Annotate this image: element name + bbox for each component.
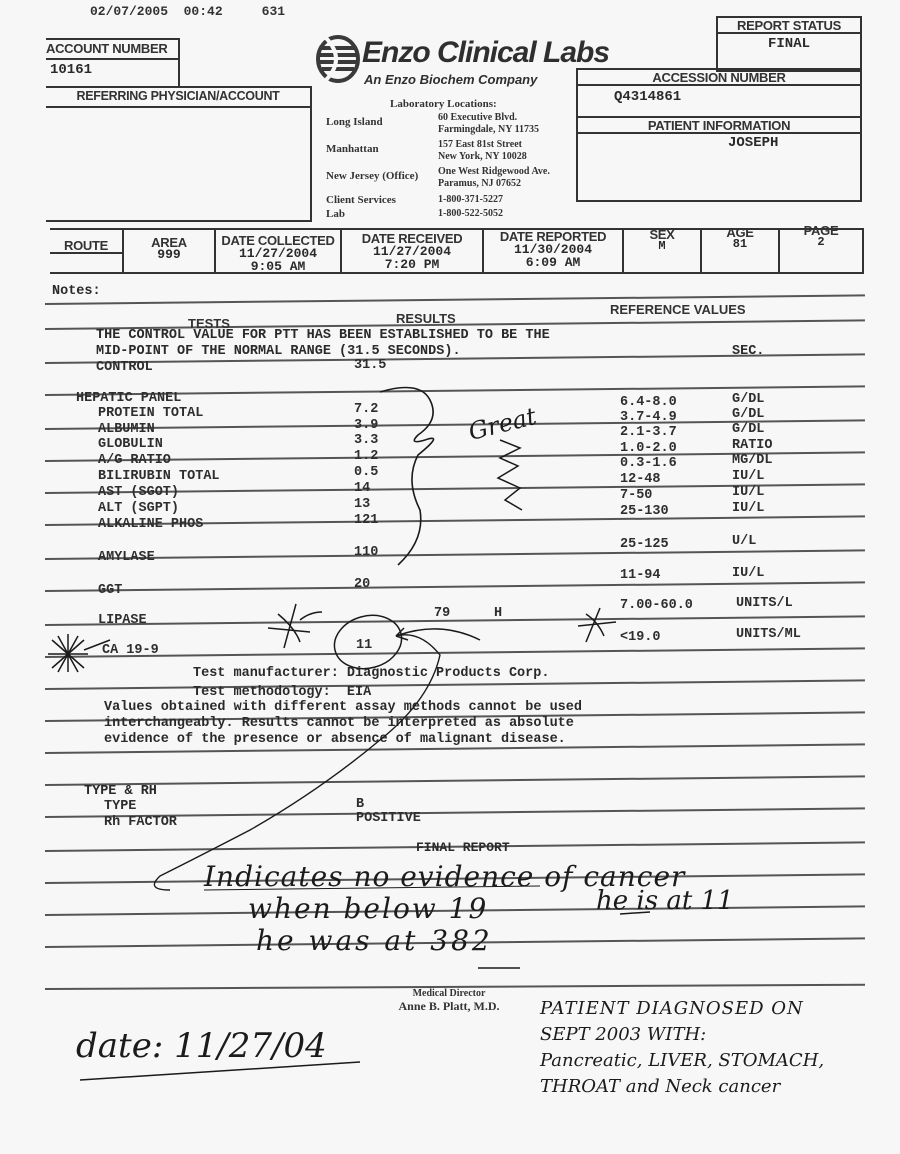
divider: [45, 647, 865, 657]
test-result: 79: [434, 606, 450, 621]
test-reference: 7-50: [620, 488, 652, 503]
zigzag-stroke-icon: [498, 440, 522, 510]
test-reference: 3.7-4.9: [620, 410, 677, 425]
fax-id: 631: [262, 4, 285, 19]
page-cell: PAGE 2: [780, 230, 862, 272]
test-unit: U/L: [732, 534, 756, 549]
handwritten-date: date: 11/27/04: [76, 1026, 327, 1066]
handwritten-note-line3: he was at 382: [256, 924, 493, 957]
test-reference: 0.3-1.6: [620, 456, 677, 471]
divider: [45, 615, 865, 625]
notes-label: Notes:: [52, 284, 101, 299]
test-name: AMYLASE: [98, 550, 155, 565]
diagnosis-line: THROAT and Neck cancer: [540, 1074, 824, 1100]
contact-phone: 1-800-522-5052: [438, 208, 503, 220]
accession-number-label: ACCESSION NUMBER: [578, 70, 860, 86]
test-name: Rh FACTOR: [104, 815, 177, 830]
location-address: 60 Executive Blvd.Farmingdale, NY 11735: [438, 112, 539, 136]
sex-value: M: [624, 241, 700, 251]
signature-name: Anne B. Platt, M.D.: [384, 999, 514, 1014]
test-result: 121: [354, 513, 378, 528]
report-status-value: FINAL: [718, 34, 860, 52]
ptt-note-line1: THE CONTROL VALUE FOR PTT HAS BEEN ESTAB…: [96, 328, 550, 343]
report-status-label: REPORT STATUS: [718, 18, 860, 34]
test-name: GGT: [98, 583, 122, 598]
test-unit: IU/L: [732, 485, 764, 500]
test-name: BILIRUBIN TOTAL: [98, 469, 220, 484]
test-result: 0.5: [354, 465, 378, 480]
ptt-note-line2: MID-POINT OF THE NORMAL RANGE (31.5 SECO…: [96, 344, 461, 359]
test-unit: MG/DL: [732, 453, 773, 468]
test-result: 3.9: [354, 418, 378, 433]
location-name: Long Island: [326, 112, 438, 136]
date-reported-time: 6:09 AM: [484, 255, 622, 271]
date-collected-time: 9:05 AM: [216, 259, 340, 275]
disclaimer-line2: interchangeably. Results cannot be inter…: [104, 716, 574, 731]
location-address: 157 East 81st StreetNew York, NY 10028: [438, 139, 527, 163]
referring-physician-box: REFERRING PHYSICIAN/ACCOUNT: [46, 86, 312, 222]
test-reference: 11-94: [620, 568, 661, 583]
test-unit: G/DL: [732, 392, 764, 407]
area-cell: AREA 999: [124, 230, 216, 272]
accession-number-value: Q4314861: [578, 86, 860, 118]
signature-block: Medical Director Anne B. Platt, M.D.: [384, 988, 514, 1014]
fax-header: 02/07/2005 00:42 631: [90, 4, 285, 19]
location-name: Manhattan: [326, 139, 438, 163]
final-report-label: FINAL REPORT: [416, 840, 510, 855]
date-received-date: 11/27/2004: [342, 246, 482, 257]
test-reference: 25-130: [620, 504, 669, 519]
type-rh-title: TYPE & RH: [84, 784, 157, 799]
age-cell: AGE 81: [702, 230, 780, 272]
test-name: PROTEIN TOTAL: [98, 406, 203, 421]
dna-helix-icon: [316, 34, 360, 84]
star-mark-icon: [578, 608, 616, 642]
test-result: POSITIVE: [356, 811, 421, 826]
location-long-island: Long Island 60 Executive Blvd.Farmingdal…: [326, 112, 576, 136]
test-name: ALT (SGPT): [98, 501, 179, 516]
page-value: 2: [780, 237, 862, 247]
test-name: ALBUMIN: [98, 422, 155, 437]
referring-physician-label: REFERRING PHYSICIAN/ACCOUNT: [46, 88, 310, 108]
date-reported-cell: DATE REPORTED 11/30/2004 6:09 AM: [484, 230, 624, 272]
diagnosis-line: PATIENT DIAGNOSED ON: [540, 996, 824, 1022]
account-number-box: ACCOUNT NUMBER 10161: [46, 38, 180, 88]
high-flag: H: [494, 606, 502, 621]
test-name: A/G RATIO: [98, 453, 171, 468]
disclaimer-line1: Values obtained with different assay met…: [104, 700, 582, 715]
column-header-reference: REFERENCE VALUES: [610, 302, 746, 317]
test-reference: 12-48: [620, 472, 661, 487]
specimen-info-table: ROUTE AREA 999 DATE COLLECTED 11/27/2004…: [50, 228, 864, 274]
date-reported-date: 11/30/2004: [484, 244, 622, 255]
test-unit: IU/L: [732, 501, 764, 516]
test-name: ALKALINE PHOS: [98, 517, 203, 532]
test-result: 3.3: [354, 433, 378, 448]
account-number-value: 10161: [46, 60, 178, 78]
lab-tagline: An Enzo Biochem Company: [364, 72, 537, 87]
test-unit: IU/L: [732, 469, 764, 484]
test-result: 11: [356, 638, 372, 653]
test-reference: 6.4-8.0: [620, 395, 677, 410]
location-address: One West Ridgewood Ave.Paramus, NJ 07652: [438, 166, 550, 190]
divider: [45, 581, 865, 591]
handwritten-great: Great: [466, 402, 540, 446]
patient-information-label: PATIENT INFORMATION: [578, 118, 860, 134]
fax-date: 02/07/2005: [90, 4, 168, 19]
location-new-jersey: New Jersey (Office) One West Ridgewood A…: [326, 166, 576, 190]
hepatic-panel-title: HEPATIC PANEL: [76, 391, 181, 406]
route-cell: ROUTE: [50, 230, 124, 272]
test-unit: UNITS/ML: [736, 627, 801, 642]
handwritten-note-line2b: he is at 11: [596, 886, 734, 916]
contact-client-services: Client Services 1-800-371-5227: [326, 194, 576, 206]
test-methodology: Test methodology: EIA: [193, 685, 371, 700]
date-received-time: 7:20 PM: [342, 257, 482, 273]
test-result: 20: [354, 577, 370, 592]
test-name: CA 19-9: [102, 643, 159, 658]
date-collected-cell: DATE COLLECTED 11/27/2004 9:05 AM: [216, 230, 342, 272]
handwritten-diagnosis: PATIENT DIAGNOSED ON SEPT 2003 WITH: Pan…: [540, 996, 824, 1100]
test-result: 1.2: [354, 449, 378, 464]
signature-title: Medical Director: [384, 988, 514, 999]
diagnosis-line: Pancreatic, LIVER, STOMACH,: [540, 1048, 824, 1074]
control-test: CONTROL: [96, 360, 153, 375]
star-mark-icon: [48, 634, 110, 672]
lab-locations: Laboratory Locations: Long Island 60 Exe…: [326, 98, 576, 220]
patient-name: JOSEPH: [578, 134, 860, 151]
age-value: 81: [702, 239, 778, 249]
test-name: LIPASE: [98, 613, 147, 628]
arrow-stroke-icon: [396, 628, 480, 640]
test-manufacturer: Test manufacturer: Diagnostic Products C…: [193, 666, 549, 681]
test-result: 14: [354, 481, 370, 496]
contact-phone: 1-800-371-5227: [438, 194, 503, 206]
test-unit: UNITS/L: [736, 596, 793, 611]
test-name: AST (SGOT): [98, 485, 179, 500]
route-label: ROUTE: [50, 238, 122, 254]
account-number-label: ACCOUNT NUMBER: [46, 40, 178, 60]
test-unit: RATIO: [732, 438, 773, 453]
accession-patient-box: ACCESSION NUMBER Q4314861 PATIENT INFORM…: [576, 68, 862, 202]
location-manhattan: Manhattan 157 East 81st StreetNew York, …: [326, 139, 576, 163]
brace-stroke-icon: [380, 388, 434, 566]
test-reference: 25-125: [620, 537, 669, 552]
report-status-box: REPORT STATUS FINAL: [716, 16, 862, 72]
locations-label: Laboratory Locations:: [326, 98, 576, 110]
test-reference: 1.0-2.0: [620, 441, 677, 456]
divider: [45, 775, 865, 785]
star-mark-icon: [268, 604, 322, 648]
handwritten-note-line2a: when below 19: [248, 892, 488, 925]
test-unit: IU/L: [732, 566, 764, 581]
test-result: B: [356, 797, 364, 812]
lab-name: Enzo Clinical Labs: [362, 36, 609, 70]
fax-time: 00:42: [184, 4, 223, 19]
test-unit: G/DL: [732, 422, 764, 437]
lab-logo: Enzo Clinical Labs An Enzo Biochem Compa…: [316, 32, 596, 92]
test-result: 13: [354, 497, 370, 512]
control-result: 31.5: [354, 358, 386, 373]
date-received-cell: DATE RECEIVED 11/27/2004 7:20 PM: [342, 230, 484, 272]
test-result: 7.2: [354, 402, 378, 417]
contact-name: Client Services: [326, 194, 438, 206]
test-unit: G/DL: [732, 407, 764, 422]
column-header-results: RESULTS: [396, 311, 456, 326]
contact-lab: Lab 1-800-522-5052: [326, 208, 576, 220]
divider: [45, 549, 865, 559]
location-name: New Jersey (Office): [326, 166, 438, 190]
test-result: 110: [354, 545, 378, 560]
date-collected-date: 11/27/2004: [216, 248, 340, 259]
test-reference: 7.00-60.0: [620, 598, 693, 613]
area-value: 999: [124, 250, 214, 260]
test-name: TYPE: [104, 799, 136, 814]
test-reference: <19.0: [620, 630, 661, 645]
sex-cell: SEX M: [624, 230, 702, 272]
disclaimer-line3: evidence of the presence or absence of m…: [104, 732, 566, 747]
diagnosis-line: SEPT 2003 WITH:: [540, 1022, 824, 1048]
contact-name: Lab: [326, 208, 438, 220]
test-reference: 2.1-3.7: [620, 425, 677, 440]
test-name: GLOBULIN: [98, 437, 163, 452]
ptt-note-unit: SEC.: [732, 344, 764, 359]
